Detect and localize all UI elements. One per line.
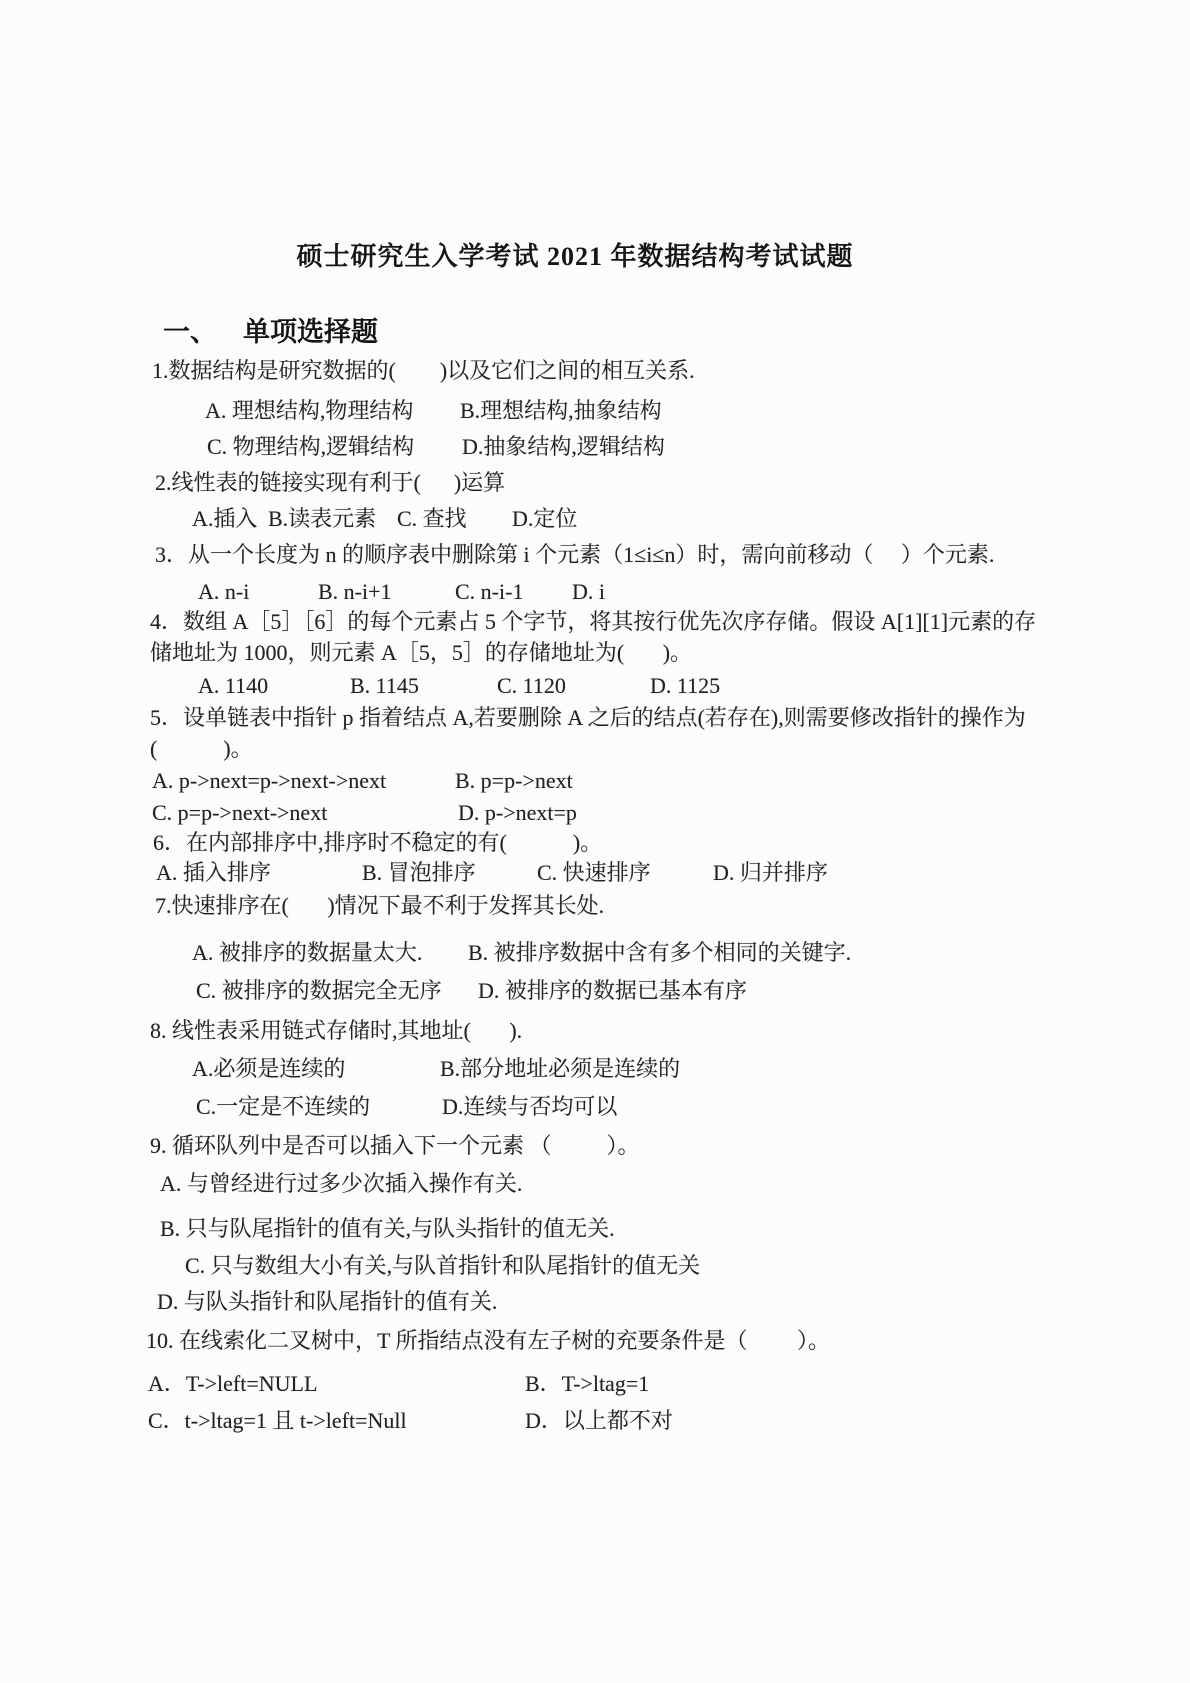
question-1-line-1: 1.数据结构是研究数据的( )以及它们之间的相互关系. (0, 356, 1190, 390)
question-8-line-1: 8. 线性表采用链式存储时,其地址( ). (0, 1016, 1190, 1050)
question-3-option-d: D. i (572, 577, 605, 607)
question-10-option-c: C．t->ltag=1 且 t->left=Null (148, 1406, 407, 1436)
question-10-line-3: C．t->ltag=1 且 t->left=NullD．以上都不对 (0, 1406, 1190, 1440)
question-10-line-1: 10. 在线索化二叉树中，T 所指结点没有左子树的充要条件是（ ）。 (0, 1326, 1190, 1360)
question-2-line-2: A.插入B.读表元素C. 查找D.定位 (0, 504, 1190, 538)
question-1-stem: 1.数据结构是研究数据的( )以及它们之间的相互关系. (152, 356, 695, 386)
question-5-option-c: C. p=p->next->next (152, 798, 327, 828)
question-6-stem: 6．在内部排序中,排序时不稳定的有( )。 (153, 828, 602, 858)
question-8-option-d: D.连续与否均可以 (442, 1092, 617, 1122)
question-7-option-b: B. 被排序数据中含有多个相同的关键字. (468, 938, 851, 968)
question-3-line-2: A. n-iB. n-i+1C. n-i-1D. i (0, 577, 1190, 611)
question-4-option-a: A. 1140 (198, 671, 268, 701)
question-3-line-1: 3．从一个长度为 n 的顺序表中删除第 i 个元素（1≤i≤n）时，需向前移动（… (0, 540, 1190, 574)
question-1-line-3: C. 物理结构,逻辑结构D.抽象结构,逻辑结构 (0, 432, 1190, 466)
question-10-option-a: A．T->left=NULL (148, 1369, 317, 1399)
question-1-option-c: C. 物理结构,逻辑结构 (207, 432, 414, 462)
question-9-line-3: B. 只与队尾指针的值有关,与队头指针的值无关. (0, 1214, 1190, 1248)
question-2-line-1: 2.线性表的链接实现有利于( )运算 (0, 468, 1190, 502)
question-9-line-2: A. 与曾经进行过多少次插入操作有关. (0, 1169, 1190, 1203)
question-10-option-d: D．以上都不对 (525, 1406, 673, 1436)
question-5-stem-line1: 5．设单链表中指针 p 指着结点 A,若要删除 A 之后的结点(若存在),则需要… (150, 703, 1026, 733)
question-6-option-d: D. 归并排序 (713, 858, 828, 888)
question-9-option-c: C. 只与数组大小有关,与队首指针和队尾指针的值无关 (185, 1251, 700, 1281)
question-8-option-c: C.一定是不连续的 (196, 1092, 370, 1122)
question-6-option-c: C. 快速排序 (537, 858, 651, 888)
question-7-line-3: C. 被排序的数据完全无序D. 被排序的数据已基本有序 (0, 976, 1190, 1010)
question-8-line-3: C.一定是不连续的D.连续与否均可以 (0, 1092, 1190, 1126)
question-8-option-a: A.必须是连续的 (192, 1054, 345, 1084)
question-4-line-1: 4．数组 A［5］［6］的每个元素占 5 个字节，将其按行优先次序存储。假设 A… (0, 607, 1190, 641)
question-7-option-a: A. 被排序的数据量太大. (192, 938, 422, 968)
question-2-option-c: C. 查找 (397, 504, 467, 534)
question-7-stem: 7.快速排序在( )情况下最不利于发挥其长处. (155, 891, 604, 921)
question-9-stem: 9. 循环队列中是否可以插入下一个元素 （ ）。 (150, 1131, 640, 1161)
question-10-stem: 10. 在线索化二叉树中，T 所指结点没有左子树的充要条件是（ ）。 (146, 1326, 830, 1356)
section-heading: 一、单项选择题 (163, 310, 378, 349)
question-7-option-d: D. 被排序的数据已基本有序 (478, 976, 747, 1006)
question-1-option-b: B.理想结构,抽象结构 (460, 396, 662, 426)
question-5-option-b: B. p=p->next (455, 766, 573, 796)
question-4-option-c: C. 1120 (497, 671, 566, 701)
question-6-line-2: A. 插入排序B. 冒泡排序C. 快速排序D. 归并排序 (0, 858, 1190, 892)
question-5-line-2: ( )。 (0, 734, 1190, 768)
question-4-line-3: A. 1140B. 1145C. 1120D. 1125 (0, 671, 1190, 705)
question-4-line-2: 储地址为 1000，则元素 A［5，5］的存储地址为( )。 (0, 638, 1190, 672)
question-1-option-d: D.抽象结构,逻辑结构 (462, 432, 665, 462)
question-1-line-2: A. 理想结构,物理结构B.理想结构,抽象结构 (0, 396, 1190, 430)
question-5-option-d: D. p->next=p (458, 798, 577, 828)
question-5-line-3: A. p->next=p->next->nextB. p=p->next (0, 766, 1190, 800)
question-8-option-b: B.部分地址必须是连续的 (440, 1054, 680, 1084)
question-10-line-2: A．T->left=NULLB．T->ltag=1 (0, 1369, 1190, 1403)
question-9-line-1: 9. 循环队列中是否可以插入下一个元素 （ ）。 (0, 1131, 1190, 1165)
question-4-stem-line1: 4．数组 A［5］［6］的每个元素占 5 个字节，将其按行优先次序存储。假设 A… (150, 607, 1036, 637)
question-9-option-d: D. 与队头指针和队尾指针的值有关. (157, 1287, 497, 1317)
question-2-option-d: D.定位 (512, 504, 577, 534)
question-4-option-d: D. 1125 (650, 671, 720, 701)
question-5-option-a: A. p->next=p->next->next (152, 766, 386, 796)
question-8-stem: 8. 线性表采用链式存储时,其地址( ). (150, 1016, 522, 1046)
question-6-option-a: A. 插入排序 (156, 858, 271, 888)
question-10-option-b: B．T->ltag=1 (525, 1369, 649, 1399)
question-4-option-b: B. 1145 (350, 671, 419, 701)
page-title: 硕士研究生入学考试 2021 年数据结构考试试题 (0, 236, 1150, 273)
question-3-option-a: A. n-i (198, 577, 249, 607)
question-7-line-1: 7.快速排序在( )情况下最不利于发挥其长处. (0, 891, 1190, 925)
section-title: 单项选择题 (243, 317, 378, 347)
question-4-stem-line2: 储地址为 1000，则元素 A［5，5］的存储地址为( )。 (150, 638, 692, 668)
question-2-option-b: B.读表元素 (268, 504, 376, 534)
question-9-line-4: C. 只与数组大小有关,与队首指针和队尾指针的值无关 (0, 1251, 1190, 1285)
question-3-stem: 3．从一个长度为 n 的顺序表中删除第 i 个元素（1≤i≤n）时，需向前移动（… (155, 540, 994, 570)
question-6-option-b: B. 冒泡排序 (362, 858, 476, 888)
question-3-option-c: C. n-i-1 (455, 577, 523, 607)
question-2-stem: 2.线性表的链接实现有利于( )运算 (155, 468, 505, 498)
question-7-option-c: C. 被排序的数据完全无序 (196, 976, 442, 1006)
question-7-line-2: A. 被排序的数据量太大.B. 被排序数据中含有多个相同的关键字. (0, 938, 1190, 972)
question-6-line-1: 6．在内部排序中,排序时不稳定的有( )。 (0, 828, 1190, 862)
question-9-line-5: D. 与队头指针和队尾指针的值有关. (0, 1287, 1190, 1321)
question-9-option-b: B. 只与队尾指针的值有关,与队头指针的值无关. (160, 1214, 615, 1244)
question-5-line-4: C. p=p->next->nextD. p->next=p (0, 798, 1190, 832)
question-2-option-a: A.插入 (192, 504, 257, 534)
question-5-line-1: 5．设单链表中指针 p 指着结点 A,若要删除 A 之后的结点(若存在),则需要… (0, 703, 1190, 737)
section-number: 一、 (163, 317, 217, 347)
question-3-option-b: B. n-i+1 (318, 577, 392, 607)
question-9-option-a: A. 与曾经进行过多少次插入操作有关. (160, 1169, 522, 1199)
question-5-stem-line2: ( )。 (150, 734, 253, 764)
exam-page: 硕士研究生入学考试 2021 年数据结构考试试题 一、单项选择题 1.数据结构是… (0, 0, 1190, 1683)
question-1-option-a: A. 理想结构,物理结构 (205, 396, 413, 426)
question-8-line-2: A.必须是连续的B.部分地址必须是连续的 (0, 1054, 1190, 1088)
